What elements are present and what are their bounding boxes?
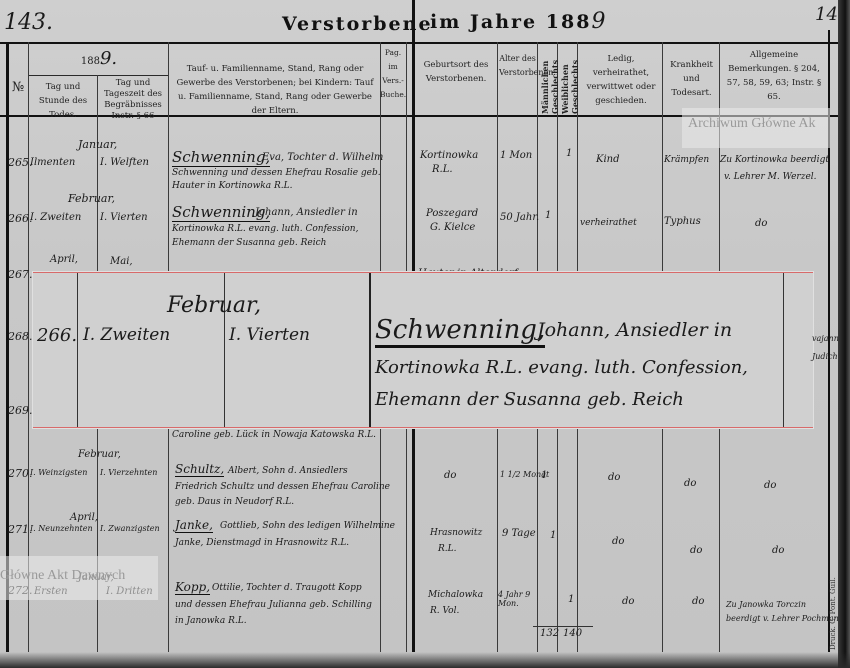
total-female: 140	[563, 628, 582, 639]
name-line: Caroline geb. Lück in Nowaja Katowska R.…	[172, 430, 376, 440]
name-line: und dessen Ehefrau Julianna geb. Schilli…	[175, 600, 372, 610]
header-cause: Krankheit und Todesart.	[664, 58, 719, 100]
name-line: Ehemann der Susanna geb. Reich	[172, 238, 326, 248]
printer-note: Druck. C. Pont. Guil.	[829, 560, 837, 650]
title-im-jahre: im Jahre 1889	[430, 9, 607, 34]
age: 4 Jahr 9 Mon.	[498, 590, 536, 608]
row-number: 271.	[8, 523, 33, 536]
marital-status: do	[612, 536, 624, 547]
birthplace: R. Vol.	[430, 606, 459, 616]
row-number: 270.	[8, 467, 33, 480]
header-age: Alter des Verstorbenen.	[499, 52, 536, 80]
name-line: Janke, Dienstmagd in Hrasnowitz R.L.	[175, 538, 349, 548]
header-remarks: Allgemeine Bemerkungen. § 204, 57, 58, 5…	[722, 48, 826, 104]
surname: Janke,	[175, 518, 213, 532]
burial-month: Mai,	[110, 256, 133, 267]
remarks: do	[755, 218, 767, 229]
name-line: in Janowka R.L.	[175, 616, 247, 626]
death-month: Februar,	[68, 192, 115, 205]
row-number: 265.	[8, 156, 33, 169]
death-day: Ilmenten	[30, 157, 75, 168]
birthplace: do	[444, 470, 456, 481]
margin-note: vajanni	[812, 334, 841, 343]
remarks: v. Lehrer M. Werzel.	[724, 172, 817, 182]
remarks: do	[764, 480, 776, 491]
year-divider	[28, 75, 168, 76]
name-line: Schwenning und dessen Ehefrau Rosalie ge…	[172, 168, 381, 178]
zoom-surname: Schwenning,	[375, 315, 545, 345]
name-line: Hauter in Kortinowka R.L.	[172, 181, 292, 191]
header-death-day: Tag und Stunde des Todes.	[30, 80, 96, 122]
birthplace: Poszegard	[426, 208, 478, 219]
name-line: geb. Daus in Neudorf R.L.	[175, 497, 294, 507]
female-count: 1	[568, 594, 574, 605]
name-line: Johann, Ansiedler in	[255, 207, 358, 218]
male-count: 1	[541, 470, 547, 481]
cause-of-death: Typhus	[664, 216, 701, 227]
age: 1 Mon	[500, 150, 532, 161]
burial-day: I. Vierzehnten	[100, 468, 157, 477]
marital-status: Kind	[596, 154, 620, 165]
surname: Schwenning,	[172, 148, 270, 166]
register-page: 143. 143 Verstorbene im Jahre 1889 № 188…	[0, 0, 838, 668]
marital-status: verheirathet	[580, 218, 637, 228]
header-name: Tauf- u. Familienname, Stand, Rang oder …	[172, 62, 378, 118]
marital-status: do	[622, 596, 634, 607]
name-line: Kortinowka R.L. evang. luth. Confession,	[172, 224, 358, 234]
female-count: 1	[566, 148, 572, 159]
cause-of-death: do	[692, 596, 704, 607]
row-number: 267.	[8, 268, 33, 281]
birthplace: R.L.	[438, 544, 456, 554]
cause-of-death: do	[690, 545, 702, 556]
age: 50 Jahr.	[500, 212, 539, 223]
death-month: Februar,	[78, 449, 121, 460]
death-day: I. Neunzehnten	[30, 524, 93, 533]
zoom-burial-day: I. Vierten	[229, 325, 310, 345]
page-number-left: 143.	[4, 10, 53, 35]
name-line: Albert, Sohn d. Ansiedlers	[228, 466, 348, 476]
header-pag: Pag. im Vers.-Buche.	[380, 46, 406, 102]
zoom-name-line: Ehemann der Susanna geb. Reich	[375, 389, 684, 410]
remarks: beerdigt v. Lehrer Pochmann	[726, 614, 844, 623]
title-verstorbene: Verstorbene	[282, 13, 433, 35]
name-line: Gottlieb, Sohn des ledigen Wilhelmine	[220, 521, 395, 531]
totals-rule	[533, 626, 593, 627]
zoom-col-sep	[77, 273, 78, 427]
marital-status: do	[608, 472, 620, 483]
name-line: Friedrich Schultz und dessen Ehefrau Car…	[175, 482, 390, 492]
margin-note: Judich	[812, 352, 838, 361]
header-status: Ledig, verheirathet, verwittwet oder ges…	[580, 52, 662, 108]
name-line: Eva, Tochter d. Wilhelm	[262, 152, 383, 163]
row-number: 266.	[8, 212, 33, 225]
row-number: 268.	[8, 330, 33, 343]
zoom-name-line: Kortinowka R.L. evang. luth. Confession,	[375, 357, 748, 378]
header-birthplace: Geburtsort des Verstorbenen.	[416, 58, 496, 86]
row-number: 269.	[8, 404, 33, 417]
surname: Kopp,	[175, 580, 210, 594]
burial-day: I. Welften	[100, 157, 149, 168]
book-edge	[838, 0, 850, 668]
remarks: Zu Kortinowka beerdigt	[720, 155, 829, 165]
birthplace: Hrasnowitz	[430, 528, 482, 538]
zoom-row-number: 266.	[37, 325, 77, 346]
death-month: Januar,	[78, 138, 117, 151]
birthplace: G. Kielce	[430, 222, 475, 233]
zoom-col-sep	[369, 273, 371, 427]
death-day: I. Weinzigsten	[30, 468, 87, 477]
male-count: 1	[545, 210, 551, 221]
page-bottom-shadow	[0, 652, 850, 668]
remarks: Zu Janowka Torczin	[726, 600, 806, 609]
magnified-entry-panel: 266. Februar, I. Zweiten I. Vierten Schw…	[33, 272, 813, 428]
remarks: do	[772, 545, 784, 556]
header-female: Weiblichen Geschlechts	[560, 44, 580, 114]
burial-day: I. Vierten	[100, 212, 148, 223]
zoom-death-day: I. Zweiten	[83, 325, 170, 345]
cause-of-death: do	[684, 478, 696, 489]
archive-watermark-top: Archiwum Główne Ak	[682, 108, 830, 148]
birthplace: R.L.	[432, 164, 453, 175]
total-male: 132	[540, 628, 559, 639]
death-day: I. Zweiten	[30, 212, 81, 223]
zoom-col-sep	[783, 273, 784, 427]
birthplace: Kortinowka	[420, 150, 478, 161]
header-no: №	[8, 80, 28, 95]
name-line: Ottilie, Tochter d. Traugott Kopp	[212, 583, 362, 593]
birthplace: Michalowka	[428, 590, 483, 600]
zoom-death-month: Februar,	[167, 293, 261, 318]
header-male: Männlichen Geschlechts	[540, 44, 560, 114]
header-top-rule	[0, 42, 838, 44]
surname: Schultz,	[175, 462, 224, 476]
header-year: 1889.	[30, 48, 168, 69]
age: 9 Tage	[502, 528, 536, 539]
burial-day: I. Zwanzigsten	[100, 524, 160, 533]
male-count: 1	[550, 530, 556, 541]
header-burial-day: Tag und Tageszeit des Begräbnisses Instr…	[99, 78, 167, 122]
archive-watermark-bottom: Główne Akt Dawnych	[0, 556, 158, 600]
cause-of-death: Krämpfen	[664, 155, 709, 165]
death-month: April,	[70, 512, 98, 523]
zoom-name-line: Johann, Ansiedler in	[537, 319, 732, 341]
death-month: April,	[50, 254, 78, 265]
